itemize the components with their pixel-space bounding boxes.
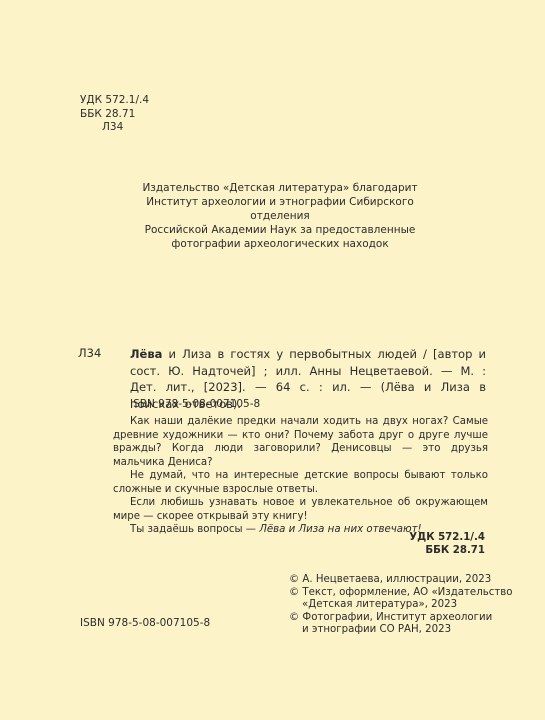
acknowledgement: Издательство «Детская литература» благод… (140, 181, 420, 251)
annotation-italic: Лёва и Лиза на них отвечают! (259, 524, 421, 535)
book-title-bold: Лёва (130, 347, 162, 361)
bbk-code: ББК 28.71 (409, 544, 485, 557)
copyright-line: © Фотографии, Институт археологиии этног… (289, 612, 513, 637)
annotation-text: Ты задаёшь вопросы — (130, 524, 259, 535)
author-mark: Л34 (80, 121, 149, 135)
acknowledgement-line: Издательство «Детская литература» благод… (140, 181, 420, 195)
acknowledgement-line: фотографии археологических находок (140, 237, 420, 251)
annotation: Как наши далёкие предки начали ходить на… (113, 415, 488, 537)
annotation-paragraph: Не думай, что на интересные детские вопр… (113, 469, 488, 496)
isbn-bottom: ISBN 978-5-08-007105-8 (80, 617, 210, 629)
bibliographic-index: Л34 (78, 346, 101, 360)
acknowledgement-line: Институт археологии и этнографии Сибирск… (140, 195, 420, 223)
copyright-block: © А. Нецветаева, иллюстрации, 2023 © Тек… (289, 574, 513, 637)
acknowledgement-line: Российской Академии Наук за предоставлен… (140, 223, 420, 237)
bbk-code: ББК 28.71 (80, 108, 149, 122)
udk-code: УДК 572.1/.4 (80, 94, 149, 108)
annotation-paragraph: Если любишь узнавать новое и увлекательн… (113, 496, 488, 523)
copyright-line: © А. Нецветаева, иллюстрации, 2023 (289, 574, 513, 587)
udk-code: УДК 572.1/.4 (409, 531, 485, 544)
classification-codes-top: УДК 572.1/.4 ББК 28.71 Л34 (80, 94, 149, 135)
isbn: ISBN 978-5-08-007105-8 (130, 398, 260, 410)
copyright-line: © Текст, оформление, АО «Издательство«Де… (289, 587, 513, 612)
classification-codes-right: УДК 572.1/.4 ББК 28.71 (409, 531, 485, 557)
annotation-paragraph: Как наши далёкие предки начали ходить на… (113, 415, 488, 469)
